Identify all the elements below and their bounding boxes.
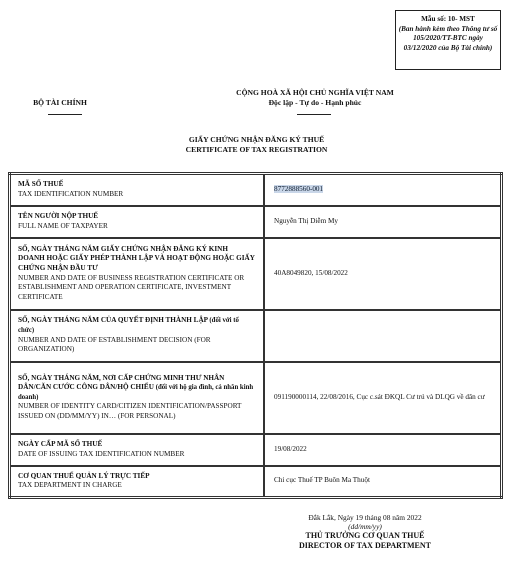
row-label: TÊN NGƯỜI NỘP THUẾ FULL NAME OF TAXPAYER	[10, 206, 265, 238]
table-row: SỐ, NGÀY THÁNG NĂM CỦA QUYẾT ĐỊNH THÀNH …	[10, 310, 502, 362]
label-en: NUMBER OF IDENTITY CARD/CITIZEN IDENTIFI…	[18, 402, 256, 421]
label-vi: SỐ, NGÀY THÁNG NĂM GIẤY CHỨNG NHẬN ĐĂNG …	[18, 245, 256, 274]
table-row: SỐ, NGÀY THÁNG NĂM, NƠI CẤP CHỨNG MINH T…	[10, 362, 502, 434]
label-vi: MÃ SỐ THUẾ	[18, 180, 256, 190]
national-header: CỘNG HOÀ XÃ HỘI CHỦ NGHĨA VIỆT NAM Độc l…	[200, 88, 430, 108]
certificate-title-vi: GIẤY CHỨNG NHẬN ĐĂNG KÝ THUẾ	[100, 135, 413, 145]
identity-card-value: 091190000114, 22/08/2016, Cục c.sát ĐKQL…	[264, 362, 502, 434]
row-label: SỐ, NGÀY THÁNG NĂM, NƠI CẤP CHỨNG MINH T…	[10, 362, 265, 434]
republic-name: CỘNG HOÀ XÃ HỘI CHỦ NGHĨA VIỆT NAM	[200, 88, 430, 98]
row-label: SỐ, NGÀY THÁNG NĂM GIẤY CHỨNG NHẬN ĐĂNG …	[10, 238, 265, 310]
table-row: MÃ SỐ THUẾ TAX IDENTIFICATION NUMBER 877…	[10, 174, 502, 206]
place-date: Đắk Lắk, Ngày 19 tháng 08 năm 2022	[265, 513, 465, 522]
establishment-decision-value	[264, 310, 502, 362]
row-label: SỐ, NGÀY THÁNG NĂM CỦA QUYẾT ĐỊNH THÀNH …	[10, 310, 265, 362]
table-row: TÊN NGƯỜI NỘP THUẾ FULL NAME OF TAXPAYER…	[10, 206, 502, 238]
ministry-name: BỘ TÀI CHÍNH	[20, 98, 100, 107]
registration-table: MÃ SỐ THUẾ TAX IDENTIFICATION NUMBER 877…	[8, 172, 503, 499]
label-vi: CƠ QUAN THUẾ QUẢN LÝ TRỰC TIẾP	[18, 472, 256, 482]
taxpayer-name-value: Nguyễn Thị Diễm My	[264, 206, 502, 238]
label-en: DATE OF ISSUING TAX IDENTIFICATION NUMBE…	[18, 450, 256, 460]
form-number-box: Mẫu số: 10- MST (Ban hành kèm theo Thông…	[395, 10, 501, 70]
ministry-underline	[48, 114, 82, 115]
signer-role-en: DIRECTOR OF TAX DEPARTMENT	[265, 541, 465, 551]
label-en: NUMBER AND DATE OF BUSINESS REGISTRATION…	[18, 274, 256, 303]
certificate-title: GIẤY CHỨNG NHẬN ĐĂNG KÝ THUẾ CERTIFICATE…	[100, 135, 413, 155]
tax-id-value[interactable]: 8772888560-001	[264, 174, 502, 206]
row-label: NGÀY CẤP MÃ SỐ THUẾ DATE OF ISSUING TAX …	[10, 434, 265, 466]
tax-department-value: Chi cục Thuế TP Buôn Ma Thuột	[264, 466, 502, 498]
signature-block: Đắk Lắk, Ngày 19 tháng 08 năm 2022 (dd/m…	[265, 513, 465, 551]
table-row: CƠ QUAN THUẾ QUẢN LÝ TRỰC TIẾP TAX DEPAR…	[10, 466, 502, 498]
label-vi: TÊN NGƯỜI NỘP THUẾ	[18, 212, 256, 222]
business-registration-value: 40A8049820, 15/08/2022	[264, 238, 502, 310]
label-vi: NGÀY CẤP MÃ SỐ THUẾ	[18, 440, 256, 450]
label-en: TAX IDENTIFICATION NUMBER	[18, 190, 256, 200]
form-legal-note: (Ban hành kèm theo Thông tư số 105/2020/…	[396, 25, 500, 54]
signer-role-vi: THỦ TRƯỞNG CƠ QUAN THUẾ	[265, 531, 465, 541]
label-en: TAX DEPARTMENT IN CHARGE	[18, 481, 256, 491]
tax-id-text[interactable]: 8772888560-001	[274, 185, 323, 193]
label-vi: SỐ, NGÀY THÁNG NĂM, NƠI CẤP CHỨNG MINH T…	[18, 374, 256, 403]
national-motto: Độc lập - Tự do - Hạnh phúc	[200, 98, 430, 108]
row-label: MÃ SỐ THUẾ TAX IDENTIFICATION NUMBER	[10, 174, 265, 206]
motto-underline	[297, 114, 331, 115]
table-row: SỐ, NGÀY THÁNG NĂM GIẤY CHỨNG NHẬN ĐĂNG …	[10, 238, 502, 310]
row-label: CƠ QUAN THUẾ QUẢN LÝ TRỰC TIẾP TAX DEPAR…	[10, 466, 265, 498]
issue-date-value: 19/08/2022	[264, 434, 502, 466]
form-number: Mẫu số: 10- MST	[396, 15, 500, 25]
label-en: NUMBER AND DATE OF ESTABLISHMENT DECISIO…	[18, 336, 256, 355]
label-vi: SỐ, NGÀY THÁNG NĂM CỦA QUYẾT ĐỊNH THÀNH …	[18, 316, 256, 335]
table-row: NGÀY CẤP MÃ SỐ THUẾ DATE OF ISSUING TAX …	[10, 434, 502, 466]
label-vi-main: SỐ, NGÀY THÁNG NĂM CỦA QUYẾT ĐỊNH THÀNH …	[18, 316, 208, 324]
label-en: FULL NAME OF TAXPAYER	[18, 222, 256, 232]
certificate-title-en: CERTIFICATE OF TAX REGISTRATION	[100, 145, 413, 155]
